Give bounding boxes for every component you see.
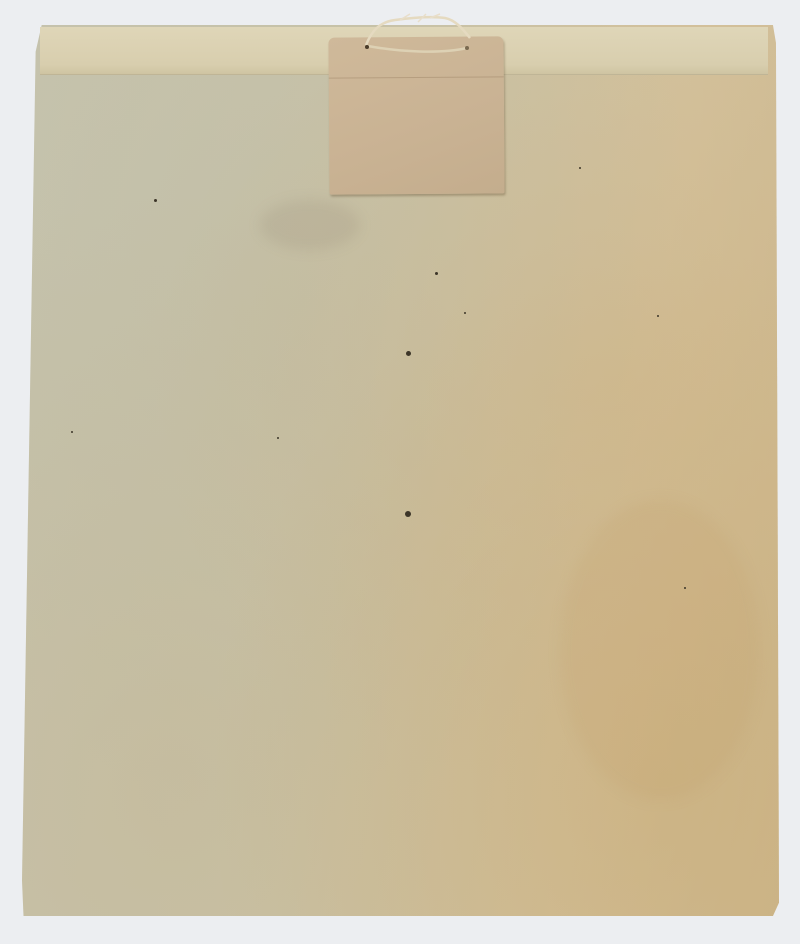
speck-mark — [277, 437, 279, 439]
speck-mark — [405, 511, 411, 517]
hanging-tag — [328, 36, 504, 194]
tag-fold-line — [329, 76, 504, 78]
stain — [260, 200, 360, 250]
speck-mark — [154, 199, 157, 202]
speck-mark — [464, 312, 466, 314]
speck-mark — [435, 272, 438, 275]
stain — [560, 500, 760, 800]
speck-mark — [657, 315, 659, 317]
speck-mark — [406, 351, 411, 356]
